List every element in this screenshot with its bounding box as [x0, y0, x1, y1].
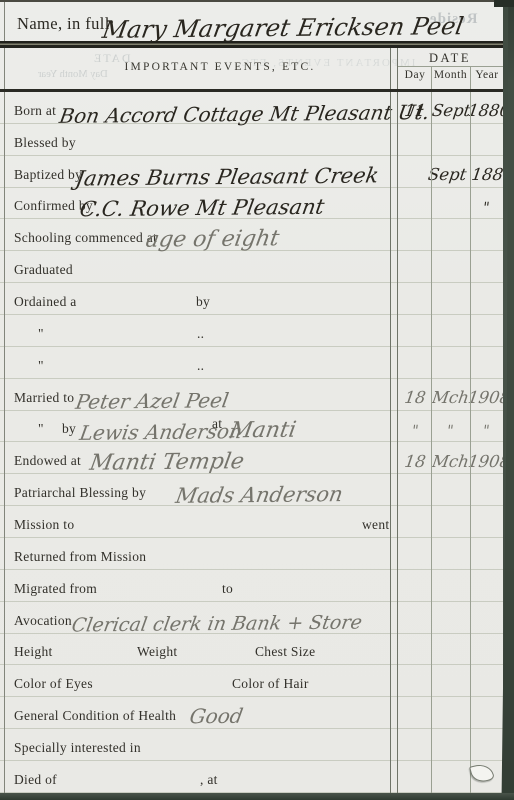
table-row-physical: Height Weight Chest Size	[0, 634, 514, 666]
table-row-returned-mission: Returned from Mission	[0, 538, 514, 570]
events-column-title: IMPORTANT EVENTS, ETC.	[70, 61, 370, 73]
field-value-handwritten: Bon Accord Cottage Mt Pleasant Ut.	[58, 102, 431, 126]
table-row-health: General Condition of Health Good	[0, 697, 514, 729]
field-sublabel: to	[222, 581, 233, 597]
field-value-handwritten: C.C. Rowe Mt Pleasant	[78, 197, 326, 221]
field-sublabel: Weight	[137, 644, 177, 660]
date-year-ditto: "	[467, 201, 505, 215]
field-label: Height	[14, 644, 53, 660]
field-label: General Condition of Health	[14, 708, 176, 724]
left-margin-line	[4, 2, 5, 793]
table-row-interests: Specially interested in	[0, 729, 514, 761]
scan-top-edge	[0, 0, 514, 2]
date-year-ditto: "	[467, 424, 505, 438]
field-sublabel: went	[362, 517, 389, 533]
ditto-mark: "	[38, 358, 44, 374]
double-rule	[0, 41, 514, 48]
field-label: Specially interested in	[14, 740, 141, 756]
date-year: 1880	[467, 103, 505, 120]
month-year-divider-line	[470, 66, 471, 793]
events-table: Born at Bon Accord Cottage Mt Pleasant U…	[0, 92, 514, 793]
table-row-born: Born at Bon Accord Cottage Mt Pleasant U…	[0, 92, 514, 124]
field-label: Endowed at	[14, 453, 81, 469]
field-label: Returned from Mission	[14, 549, 146, 565]
table-row-ordained: Ordained a by	[0, 283, 514, 315]
field-value2-handwritten: Manti	[228, 420, 297, 443]
table-row-mission: Mission to went	[0, 506, 514, 538]
table-row-migrated: Migrated from to	[0, 570, 514, 602]
field-sublabel: Color of Hair	[232, 676, 309, 692]
field-label: Died of	[14, 772, 57, 788]
field-value-handwritten: age of eight	[144, 229, 281, 252]
table-row-eyes-hair: Color of Eyes Color of Hair	[0, 665, 514, 697]
table-row-patriarchal-blessing: Patriarchal Blessing by Mads Anderson	[0, 474, 514, 506]
field-value-handwritten: Lewis Anderson	[78, 422, 244, 444]
day-month-divider-line	[431, 66, 432, 793]
name-label: Name, in full:	[17, 14, 115, 34]
column-header: IMPORTANT EVENTS, ETC. DATE Day Month Ye…	[0, 48, 514, 89]
date-day: 11	[398, 103, 432, 120]
heavy-rule	[0, 89, 514, 92]
table-row-confirmed: Confirmed by C.C. Rowe Mt Pleasant "	[0, 188, 514, 220]
table-row-endowed: Endowed at Manti Temple 18 Mch 1908	[0, 442, 514, 474]
table-row-schooling: Schooling commenced at age of eight	[0, 219, 514, 251]
field-label: Ordained a	[14, 294, 77, 310]
date-month: Mch	[431, 390, 469, 407]
field-label: Color of Eyes	[14, 676, 93, 692]
date-day: 18	[398, 390, 432, 407]
date-header-divider	[397, 66, 503, 67]
field-value-handwritten: Mads Anderson	[174, 484, 344, 507]
ditto-mark: "	[38, 326, 44, 342]
date-year: 1908	[467, 390, 505, 407]
day-column-header: Day	[399, 69, 431, 81]
date-month-year: Sept 1888	[427, 167, 505, 184]
year-column-header: Year	[470, 69, 504, 81]
ditto-mark: "	[38, 421, 44, 437]
table-row-avocation: Avocation Clerical clerk in Bank + Store	[0, 602, 514, 634]
field-label: Schooling commenced at	[14, 230, 157, 246]
table-row-blessed: Blessed by	[0, 124, 514, 156]
field-sublabel: by	[196, 294, 210, 310]
scanned-genealogy-record-page: Name, in full: Mary Margaret Ericksen Pe…	[0, 0, 514, 800]
field-label: Avocation	[14, 613, 72, 629]
field-value-handwritten: Manti Temple	[88, 452, 246, 476]
date-year: 1908	[467, 454, 505, 471]
name-row: Name, in full: Mary Margaret Ericksen Pe…	[5, 2, 503, 41]
table-row-graduated: Graduated	[0, 251, 514, 283]
field-value-handwritten: James Burns Pleasant Creek	[74, 165, 380, 189]
field-label: Migrated from	[14, 581, 97, 597]
field-label: Mission to	[14, 517, 74, 533]
scan-bottom-edge	[0, 793, 514, 800]
table-row-baptized: Baptized by James Burns Pleasant Creek S…	[0, 156, 514, 188]
table-row-married-by: " by Lewis Anderson at Manti " " "	[0, 411, 514, 443]
date-day-ditto: "	[398, 424, 432, 438]
scan-corner-shadow	[494, 0, 514, 7]
ditto-mark: ..	[197, 326, 204, 342]
field-sublabel: Chest Size	[255, 644, 315, 660]
field-label: Married to	[14, 390, 74, 406]
month-column-header: Month	[431, 69, 470, 81]
date-month-ditto: "	[431, 424, 469, 438]
field-value-handwritten: Clerical clerk in Bank + Store	[70, 613, 363, 635]
table-row-married: Married to Peter Azel Peel 18 Mch 1908	[0, 379, 514, 411]
field-label: Baptized by	[14, 167, 82, 183]
field-label: Patriarchal Blessing by	[14, 485, 146, 501]
name-value-handwritten: Mary Margaret Ericksen Peel	[101, 14, 466, 42]
events-date-divider-line-outer	[390, 41, 391, 793]
field-label: Born at	[14, 103, 56, 119]
table-row-died: Died of , at	[0, 761, 514, 793]
date-day: 18	[398, 454, 432, 471]
table-row-ordained-ditto-1: " ..	[0, 315, 514, 347]
date-month: Mch	[431, 454, 469, 471]
date-month: Sept	[431, 103, 469, 120]
field-sublabel: by	[62, 421, 76, 437]
field-value-handwritten: Peter Azel Peel	[74, 390, 230, 412]
field-label: Blessed by	[14, 135, 76, 151]
ditto-mark: ..	[197, 358, 204, 374]
table-row-ordained-ditto-2: " ..	[0, 347, 514, 379]
events-date-divider-line-inner	[397, 41, 398, 793]
date-column-title: DATE	[397, 51, 503, 66]
field-value-handwritten: Good	[188, 706, 244, 727]
field-sublabel: , at	[200, 772, 218, 788]
field-label: Graduated	[14, 262, 73, 278]
